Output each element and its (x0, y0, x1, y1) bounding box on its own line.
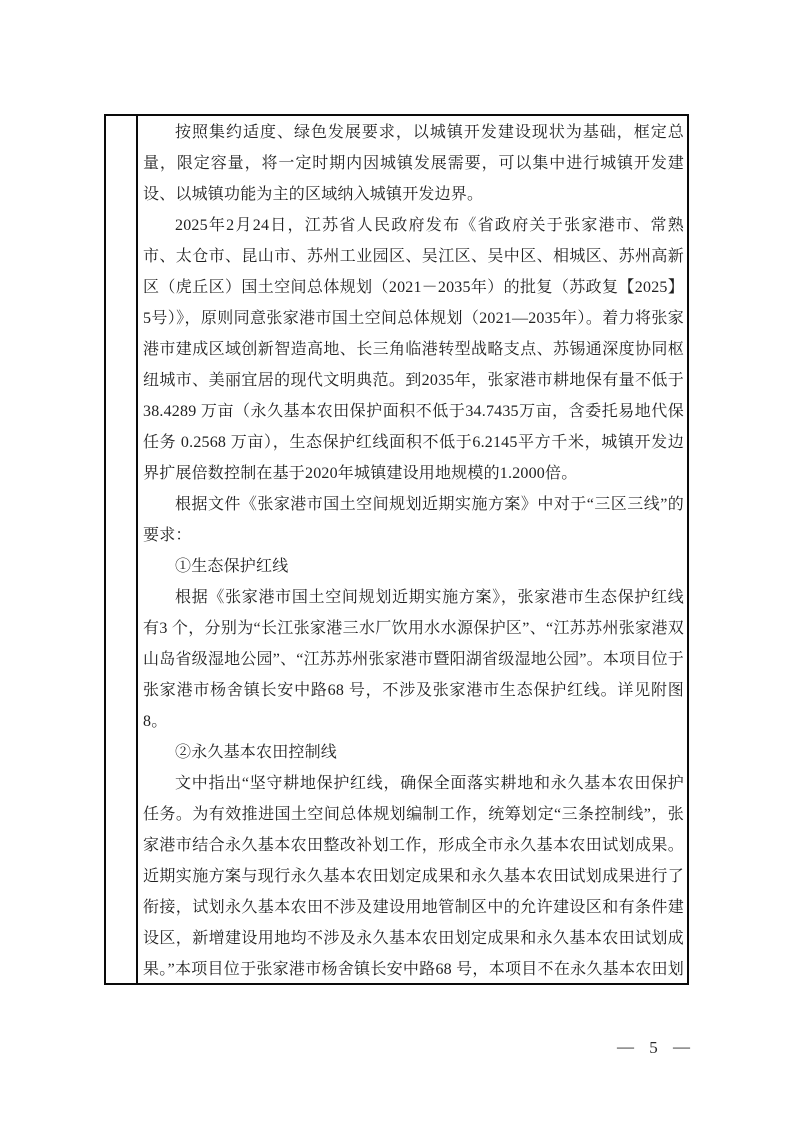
page-number-dash-left: — (617, 1037, 634, 1057)
paragraph: 根据文件《张家港市国土空间规划近期实施方案》中对于“三区三线”的要求： (143, 489, 684, 551)
paragraph: 根据《张家港市国土空间规划近期实施方案》，张家港市生态保护红线有3 个，分别为“… (143, 582, 684, 737)
paragraph: ①生态保护红线 (143, 551, 684, 582)
table-stub-cell (106, 116, 138, 983)
paragraph: 按照集约适度、绿色发展要求，以城镇开发建设现状为基础，框定总量，限定容量，将一定… (143, 117, 684, 210)
paragraph: 文中指出“坚守耕地保护红线，确保全面落实耕地和永久基本农田保护任务。为有效推进国… (143, 768, 684, 983)
page-number: — 5 — (617, 1038, 690, 1058)
paragraph: ②永久基本农田控制线 (143, 737, 684, 768)
page-number-value: 5 (649, 1038, 658, 1058)
page-number-dash-right: — (673, 1037, 690, 1057)
document-table: 按照集约适度、绿色发展要求，以城镇开发建设现状为基础，框定总量，限定容量，将一定… (104, 114, 689, 985)
paragraph: 2025年2月24日，江苏省人民政府发布《省政府关于张家港市、常熟市、太仓市、昆… (143, 210, 684, 489)
table-content-cell: 按照集约适度、绿色发展要求，以城镇开发建设现状为基础，框定总量，限定容量，将一定… (138, 116, 687, 983)
document-page: 按照集约适度、绿色发展要求，以城镇开发建设现状为基础，框定总量，限定容量，将一定… (0, 0, 793, 1122)
